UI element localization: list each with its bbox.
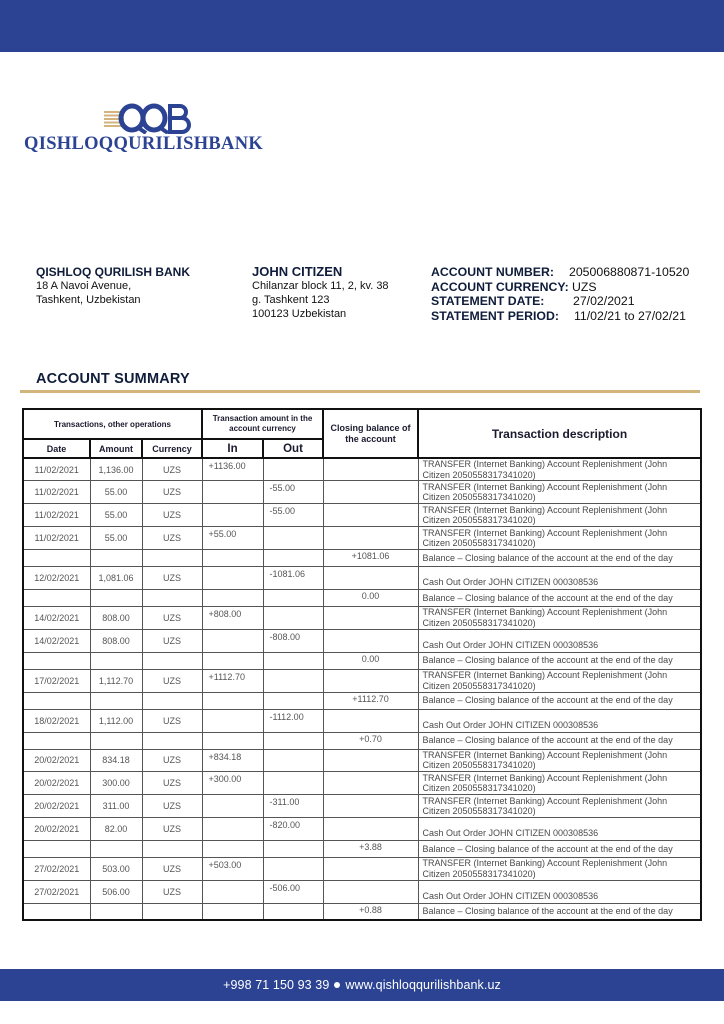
cell-amount	[90, 732, 142, 749]
cell-description: TRANSFER (Internet Banking) Account Repl…	[418, 527, 701, 550]
cell-in	[202, 795, 263, 818]
cell-in	[202, 481, 263, 504]
cell-date	[23, 903, 90, 920]
cell-closing-balance: 0.00	[323, 652, 418, 669]
cell-description: Balance – Closing balance of the account…	[418, 652, 701, 669]
header-transactions-group: Transactions, other operations	[23, 409, 202, 439]
cell-amount: 311.00	[90, 795, 142, 818]
cell-closing-balance: +1081.06	[323, 550, 418, 567]
cell-amount: 503.00	[90, 858, 142, 881]
cell-date: 27/02/2021	[23, 880, 90, 903]
transaction-row: 11/02/20211,136.00UZS+1136.00TRANSFER (I…	[23, 458, 701, 481]
cell-amount	[90, 589, 142, 606]
qqb-monogram-icon	[104, 102, 194, 134]
customer-address-line3: 100123 Uzbekistan	[252, 307, 389, 321]
cell-amount: 55.00	[90, 527, 142, 550]
cell-out	[263, 606, 323, 629]
statement-date-label: STATEMENT DATE:	[431, 294, 544, 309]
cell-amount: 1,112.70	[90, 669, 142, 692]
cell-description: TRANSFER (Internet Banking) Account Repl…	[418, 772, 701, 795]
cell-out	[263, 458, 323, 481]
balance-row: +3.88Balance – Closing balance of the ac…	[23, 841, 701, 858]
cell-in	[202, 903, 263, 920]
cell-date: 20/02/2021	[23, 749, 90, 772]
cell-closing-balance	[323, 795, 418, 818]
cell-closing-balance	[323, 458, 418, 481]
cell-currency	[142, 652, 202, 669]
cell-description: Cash Out Order JOHN CITIZEN 000308536	[418, 880, 701, 903]
cell-date: 17/02/2021	[23, 669, 90, 692]
cell-in	[202, 567, 263, 590]
cell-closing-balance: +3.88	[323, 841, 418, 858]
cell-currency	[142, 732, 202, 749]
cell-currency: UZS	[142, 458, 202, 481]
footer-website[interactable]: www.qishloqqurilishbank.uz	[345, 978, 500, 992]
customer-address: JOHN CITIZEN Chilanzar block 11, 2, kv. …	[252, 265, 389, 321]
cell-out	[263, 772, 323, 795]
cell-out	[263, 732, 323, 749]
cell-out	[263, 550, 323, 567]
cell-closing-balance	[323, 858, 418, 881]
cell-out	[263, 652, 323, 669]
cell-date	[23, 550, 90, 567]
cell-description: Cash Out Order JOHN CITIZEN 000308536	[418, 818, 701, 841]
cell-out	[263, 841, 323, 858]
transactions-body: 11/02/20211,136.00UZS+1136.00TRANSFER (I…	[23, 458, 701, 920]
cell-in: +503.00	[202, 858, 263, 881]
balance-row: +0.88Balance – Closing balance of the ac…	[23, 903, 701, 920]
header-closing-balance: Closing balance of the account	[323, 409, 418, 458]
cell-closing-balance	[323, 818, 418, 841]
transaction-row: 11/02/202155.00UZS-55.00TRANSFER (Intern…	[23, 504, 701, 527]
cell-description: TRANSFER (Internet Banking) Account Repl…	[418, 669, 701, 692]
cell-currency: UZS	[142, 749, 202, 772]
cell-currency: UZS	[142, 880, 202, 903]
cell-out: -820.00	[263, 818, 323, 841]
cell-in	[202, 841, 263, 858]
cell-date: 20/02/2021	[23, 818, 90, 841]
transaction-row: 20/02/2021311.00UZS-311.00TRANSFER (Inte…	[23, 795, 701, 818]
cell-in	[202, 629, 263, 652]
cell-date	[23, 841, 90, 858]
cell-currency	[142, 589, 202, 606]
cell-amount	[90, 692, 142, 709]
cell-out: -506.00	[263, 880, 323, 903]
cell-description: TRANSFER (Internet Banking) Account Repl…	[418, 858, 701, 881]
cell-in: +834.18	[202, 749, 263, 772]
cell-in	[202, 709, 263, 732]
cell-closing-balance	[323, 669, 418, 692]
transaction-row: 14/02/2021808.00UZS-808.00Cash Out Order…	[23, 629, 701, 652]
header-band	[0, 0, 724, 52]
customer-address-line2: g. Tashkent 123	[252, 293, 389, 307]
header-currency: Currency	[142, 439, 202, 458]
cell-date	[23, 589, 90, 606]
cell-description: Balance – Closing balance of the account…	[418, 692, 701, 709]
cell-in	[202, 652, 263, 669]
cell-out	[263, 858, 323, 881]
cell-in	[202, 818, 263, 841]
account-currency: UZS	[572, 280, 597, 295]
transaction-row: 18/02/20211,112.00UZS-1112.00Cash Out Or…	[23, 709, 701, 732]
cell-closing-balance	[323, 481, 418, 504]
section-divider	[20, 390, 700, 393]
cell-amount: 55.00	[90, 504, 142, 527]
cell-currency: UZS	[142, 772, 202, 795]
cell-out: -55.00	[263, 481, 323, 504]
bank-name: QISHLOQ QURILISH BANK	[36, 265, 190, 279]
cell-out	[263, 669, 323, 692]
cell-in	[202, 692, 263, 709]
cell-date: 14/02/2021	[23, 629, 90, 652]
cell-out: -1112.00	[263, 709, 323, 732]
balance-row: 0.00Balance – Closing balance of the acc…	[23, 589, 701, 606]
transactions-table: Transactions, other operations Transacti…	[22, 408, 702, 921]
cell-in	[202, 732, 263, 749]
cell-closing-balance	[323, 749, 418, 772]
statement-date: 27/02/2021	[573, 294, 635, 309]
cell-description: TRANSFER (Internet Banking) Account Repl…	[418, 504, 701, 527]
cell-closing-balance: 0.00	[323, 589, 418, 606]
cell-currency: UZS	[142, 669, 202, 692]
cell-description: Cash Out Order JOHN CITIZEN 000308536	[418, 567, 701, 590]
transaction-row: 27/02/2021503.00UZS+503.00TRANSFER (Inte…	[23, 858, 701, 881]
header-out: Out	[263, 439, 323, 458]
cell-description: Balance – Closing balance of the account…	[418, 589, 701, 606]
cell-in: +1136.00	[202, 458, 263, 481]
transaction-row: 20/02/202182.00UZS-820.00Cash Out Order …	[23, 818, 701, 841]
cell-amount: 1,112.00	[90, 709, 142, 732]
cell-currency: UZS	[142, 527, 202, 550]
cell-currency: UZS	[142, 709, 202, 732]
cell-currency: UZS	[142, 504, 202, 527]
cell-description: Cash Out Order JOHN CITIZEN 000308536	[418, 709, 701, 732]
cell-closing-balance: +1112.70	[323, 692, 418, 709]
cell-description: Balance – Closing balance of the account…	[418, 903, 701, 920]
cell-closing-balance	[323, 606, 418, 629]
account-number: 205006880871-10520	[569, 265, 689, 280]
cell-amount: 834.18	[90, 749, 142, 772]
cell-currency: UZS	[142, 818, 202, 841]
cell-closing-balance	[323, 880, 418, 903]
cell-date: 20/02/2021	[23, 795, 90, 818]
cell-date: 11/02/2021	[23, 527, 90, 550]
cell-currency	[142, 903, 202, 920]
transaction-row: 27/02/2021506.00UZS-506.00Cash Out Order…	[23, 880, 701, 903]
cell-out	[263, 692, 323, 709]
bullet-icon	[334, 982, 340, 988]
cell-date	[23, 652, 90, 669]
balance-row: +0.70Balance – Closing balance of the ac…	[23, 732, 701, 749]
balance-row: +1081.06Balance – Closing balance of the…	[23, 550, 701, 567]
cell-description: TRANSFER (Internet Banking) Account Repl…	[418, 749, 701, 772]
cell-amount	[90, 652, 142, 669]
cell-amount: 82.00	[90, 818, 142, 841]
cell-currency	[142, 841, 202, 858]
cell-out: -1081.06	[263, 567, 323, 590]
cell-date: 11/02/2021	[23, 504, 90, 527]
cell-closing-balance	[323, 504, 418, 527]
header-date: Date	[23, 439, 90, 458]
cell-out	[263, 749, 323, 772]
cell-description: Balance – Closing balance of the account…	[418, 841, 701, 858]
transaction-row: 20/02/2021300.00UZS+300.00TRANSFER (Inte…	[23, 772, 701, 795]
cell-closing-balance: +0.88	[323, 903, 418, 920]
cell-date: 11/02/2021	[23, 481, 90, 504]
cell-description: TRANSFER (Internet Banking) Account Repl…	[418, 606, 701, 629]
cell-description: Balance – Closing balance of the account…	[418, 550, 701, 567]
cell-currency: UZS	[142, 481, 202, 504]
cell-out: -808.00	[263, 629, 323, 652]
cell-date	[23, 732, 90, 749]
header-in: In	[202, 439, 263, 458]
cell-date: 20/02/2021	[23, 772, 90, 795]
cell-in	[202, 589, 263, 606]
account-summary-title: ACCOUNT SUMMARY	[36, 371, 190, 387]
transaction-row: 11/02/202155.00UZS+55.00TRANSFER (Intern…	[23, 527, 701, 550]
footer-phone: +998 71 150 93 39	[223, 978, 329, 992]
cell-in: +55.00	[202, 527, 263, 550]
cell-closing-balance	[323, 629, 418, 652]
cell-in: +808.00	[202, 606, 263, 629]
customer-name: JOHN CITIZEN	[252, 265, 389, 279]
account-number-label: ACCOUNT NUMBER:	[431, 265, 554, 280]
header-amount-group: Transaction amount in the account curren…	[202, 409, 323, 439]
cell-closing-balance	[323, 709, 418, 732]
bank-address: QISHLOQ QURILISH BANK 18 A Navoi Avenue,…	[36, 265, 190, 307]
cell-amount: 808.00	[90, 629, 142, 652]
cell-date: 11/02/2021	[23, 458, 90, 481]
cell-out	[263, 527, 323, 550]
cell-date	[23, 692, 90, 709]
cell-currency: UZS	[142, 858, 202, 881]
cell-in	[202, 550, 263, 567]
cell-date: 12/02/2021	[23, 567, 90, 590]
balance-row: +1112.70Balance – Closing balance of the…	[23, 692, 701, 709]
statement-period: 11/02/21 to 27/02/21	[574, 309, 686, 324]
cell-amount: 1,136.00	[90, 458, 142, 481]
transaction-row: 20/02/2021834.18UZS+834.18TRANSFER (Inte…	[23, 749, 701, 772]
cell-closing-balance	[323, 772, 418, 795]
cell-amount: 1,081.06	[90, 567, 142, 590]
cell-description: TRANSFER (Internet Banking) Account Repl…	[418, 458, 701, 481]
header-amount: Amount	[90, 439, 142, 458]
cell-currency: UZS	[142, 567, 202, 590]
cell-amount: 506.00	[90, 880, 142, 903]
cell-description: Balance – Closing balance of the account…	[418, 732, 701, 749]
statement-period-label: STATEMENT PERIOD:	[431, 309, 559, 324]
cell-amount: 300.00	[90, 772, 142, 795]
balance-row: 0.00Balance – Closing balance of the acc…	[23, 652, 701, 669]
bank-logo: QISHLOQQURILISHBANK	[24, 100, 254, 158]
cell-amount	[90, 550, 142, 567]
cell-out	[263, 589, 323, 606]
cell-currency	[142, 550, 202, 567]
cell-amount: 55.00	[90, 481, 142, 504]
cell-in: +300.00	[202, 772, 263, 795]
transaction-row: 12/02/20211,081.06UZS-1081.06Cash Out Or…	[23, 567, 701, 590]
cell-currency: UZS	[142, 629, 202, 652]
cell-in: +1112.70	[202, 669, 263, 692]
cell-description: Cash Out Order JOHN CITIZEN 000308536	[418, 629, 701, 652]
cell-out: -55.00	[263, 504, 323, 527]
cell-closing-balance	[323, 527, 418, 550]
footer-band: +998 71 150 93 39 www.qishloqqurilishban…	[0, 969, 724, 1001]
bank-address-line2: Tashkent, Uzbekistan	[36, 293, 190, 307]
cell-amount	[90, 903, 142, 920]
transaction-row: 14/02/2021808.00UZS+808.00TRANSFER (Inte…	[23, 606, 701, 629]
transaction-row: 17/02/20211,112.70UZS+1112.70TRANSFER (I…	[23, 669, 701, 692]
cell-closing-balance	[323, 567, 418, 590]
account-info: ACCOUNT NUMBER:205006880871-10520 ACCOUN…	[431, 265, 569, 323]
cell-currency: UZS	[142, 795, 202, 818]
transaction-row: 11/02/202155.00UZS-55.00TRANSFER (Intern…	[23, 481, 701, 504]
cell-description: TRANSFER (Internet Banking) Account Repl…	[418, 481, 701, 504]
cell-date: 14/02/2021	[23, 606, 90, 629]
header-description: Transaction description	[418, 409, 701, 458]
customer-address-line1: Chilanzar block 11, 2, kv. 38	[252, 279, 389, 293]
cell-currency: UZS	[142, 606, 202, 629]
cell-out	[263, 903, 323, 920]
cell-date: 18/02/2021	[23, 709, 90, 732]
cell-closing-balance: +0.70	[323, 732, 418, 749]
bank-wordmark: QISHLOQQURILISHBANK	[24, 134, 263, 155]
cell-currency	[142, 692, 202, 709]
cell-amount	[90, 841, 142, 858]
cell-in	[202, 880, 263, 903]
cell-in	[202, 504, 263, 527]
bank-address-line1: 18 A Navoi Avenue,	[36, 279, 190, 293]
cell-amount: 808.00	[90, 606, 142, 629]
account-currency-label: ACCOUNT CURRENCY:	[431, 280, 569, 295]
cell-date: 27/02/2021	[23, 858, 90, 881]
cell-out: -311.00	[263, 795, 323, 818]
cell-description: TRANSFER (Internet Banking) Account Repl…	[418, 795, 701, 818]
